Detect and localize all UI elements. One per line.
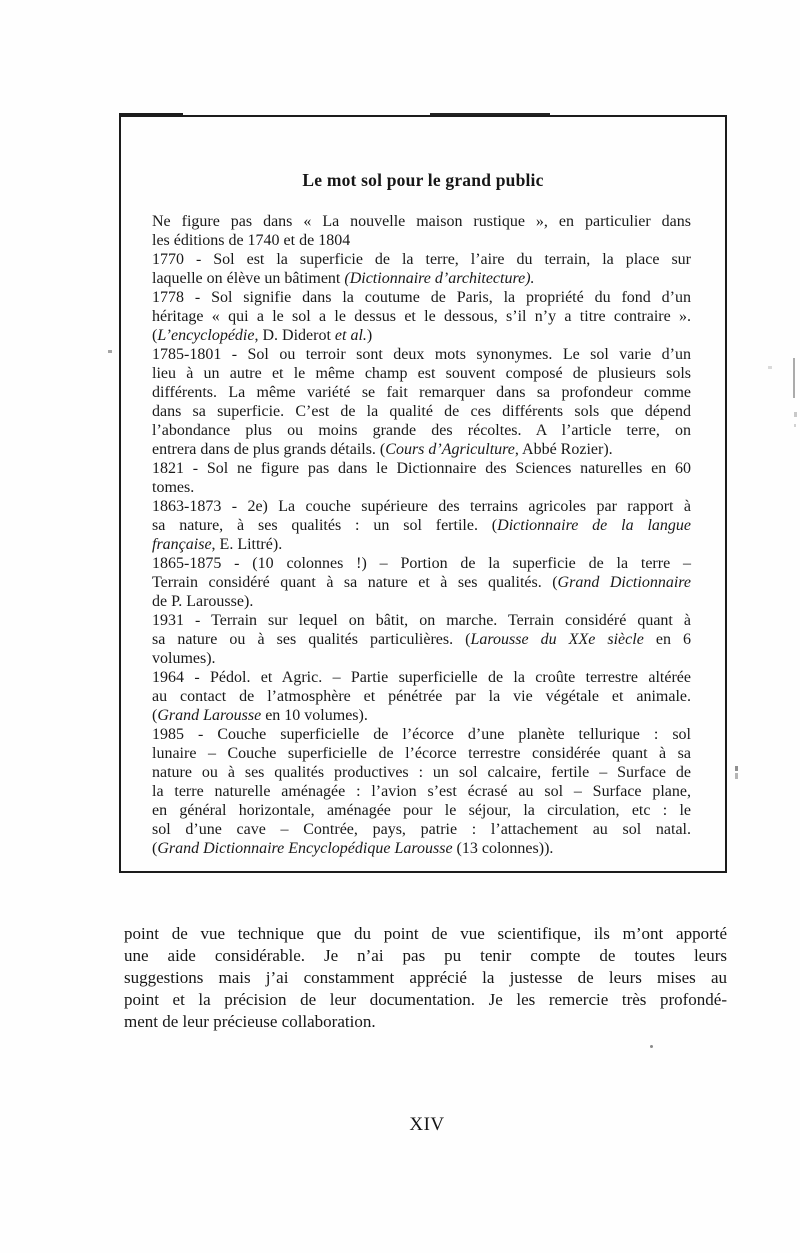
text-line: différents. La même variété se fait rema… [152,383,691,402]
text-segment: Terrain considéré quant à sa nature et à… [152,574,558,591]
text-line: 1821 - Sol ne figure pas dans le Diction… [152,459,691,478]
text-line: 1770 - Sol est la superficie de la terre… [152,250,691,269]
scan-artifact-speck [794,424,796,427]
definition-entry: 1865-1875 - (10 colonnes !) – Portion de… [152,554,691,611]
text-segment: 1865-1875 - (10 colonnes !) – Portion de… [152,555,691,572]
text-line: volumes). [152,649,691,668]
text-line: la terre naturelle aménagée : l’avion s’… [152,782,691,801]
text-segment: 1821 - Sol ne figure pas dans le Diction… [152,460,691,477]
acknowledgement-line: ment de leur précieuse collaboration. [124,1011,727,1033]
text-segment: sa nature, à ses qualités : un sol ferti… [152,517,497,534]
text-line: (Grand Larousse en 10 volumes). [152,706,691,725]
citation-italic: Cours d’Agriculture [385,441,515,458]
text-segment: 1778 - Sol signifie dans la coutume de P… [152,289,691,306]
text-segment: 1931 - Terrain sur lequel on bâtit, on m… [152,612,691,629]
text-segment: (13 colonnes)). [453,840,554,857]
text-line: en général horizontale, aménagée pour le… [152,801,691,820]
text-line: 1964 - Pédol. et Agric. – Partie superfi… [152,668,691,687]
text-line: sa nature, à ses qualités : un sol ferti… [152,516,691,535]
text-segment: lunaire – Couche superficielle de l’écor… [152,745,691,762]
text-segment: , E. Littré). [212,536,283,553]
text-line: sa nature ou à ses qualités particulière… [152,630,691,649]
text-line: (Grand Dictionnaire Encyclopédique Larou… [152,839,691,858]
scan-artifact-speck [735,773,738,779]
scan-artifact-pencil-line [793,358,795,398]
scanned-page: Le mot sol pour le grand public Ne figur… [0,0,800,1253]
text-segment: en général horizontale, aménagée pour le… [152,802,691,819]
text-line: tomes. [152,478,691,497]
text-line: sol d’une cave – Contrée, pays, patrie :… [152,820,691,839]
text-line: 1865-1875 - (10 colonnes !) – Portion de… [152,554,691,573]
definition-entries: Ne figure pas dans « La nouvelle maison … [152,212,691,858]
acknowledgement-paragraph: point de vue technique que du point de v… [124,923,727,1033]
citation-italic: et al. [335,327,367,344]
definition-entry: 1778 - Sol signifie dans la coutume de P… [152,288,691,345]
text-segment: différents. La même variété se fait rema… [152,384,691,401]
text-segment: lieu à un autre et le même champ est sou… [152,365,691,382]
citation-italic: Grand Larousse [157,707,261,724]
text-segment: au contact de l’atmosphère et pénétrée p… [152,688,691,705]
text-segment: 1985 - Couche superficielle de l’écorce … [152,726,691,743]
text-segment: dans sa superficie. C’est de la qualité … [152,403,691,420]
text-line: Terrain considéré quant à sa nature et à… [152,573,691,592]
text-segment: , Abbé Rozier). [515,441,613,458]
text-line: lunaire – Couche superficielle de l’écor… [152,744,691,763]
text-line: héritage « qui a le sol a le dessus et l… [152,307,691,326]
scan-artifact-speck [735,766,738,771]
citation-italic: française [152,536,212,553]
citation-italic: Dictionnaire de la langue [497,517,691,534]
scan-artifact-dot [650,1045,653,1048]
text-line: laquelle on élève un bâtiment (Dictionna… [152,269,691,288]
text-line: 1785-1801 - Sol ou terroir sont deux mot… [152,345,691,364]
text-segment: la terre naturelle aménagée : l’avion s’… [152,783,691,800]
acknowledgement-line: une aide considérable. Je n’ai pas pu te… [124,945,727,967]
text-segment: de P. Larousse). [152,593,253,610]
page-number: XIV [124,1114,730,1136]
definition-entry: 1770 - Sol est la superficie de la terre… [152,250,691,288]
acknowledgement-line: point de vue technique que du point de v… [124,923,727,945]
text-line: 1985 - Couche superficielle de l’écorce … [152,725,691,744]
text-segment: entrera dans de plus grands détails. ( [152,441,385,458]
text-line: Ne figure pas dans « La nouvelle maison … [152,212,691,231]
text-segment: ) [367,327,372,344]
citation-italic: Grand Dictionnaire Encyclopédique Larous… [157,840,452,857]
text-segment: nature ou à ses qualités productives : u… [152,764,691,781]
definition-entry: 1964 - Pédol. et Agric. – Partie superfi… [152,668,691,725]
acknowledgement-line: point et la précision de leur documentat… [124,989,727,1011]
text-line: au contact de l’atmosphère et pénétrée p… [152,687,691,706]
text-line: de P. Larousse). [152,592,691,611]
text-line: (L’encyclopédie, D. Diderot et al.) [152,326,691,345]
text-segment: volumes). [152,650,216,667]
text-segment: 1770 - Sol est la superficie de la terre… [152,251,691,268]
text-segment: héritage « qui a le sol a le dessus et l… [152,308,691,325]
text-line: l’abondance plus ou moins grande des réc… [152,421,691,440]
text-segment: tomes. [152,479,194,496]
scan-artifact-speck [768,366,772,369]
text-segment: sa nature ou à ses qualités particulière… [152,631,470,648]
definition-entry: 1863-1873 - 2e) La couche supérieure des… [152,497,691,554]
text-segment: 1785-1801 - Sol ou terroir sont deux mot… [152,346,691,363]
text-line: dans sa superficie. C’est de la qualité … [152,402,691,421]
definition-entry: Ne figure pas dans « La nouvelle maison … [152,212,691,250]
definition-entry: 1821 - Sol ne figure pas dans le Diction… [152,459,691,497]
citation-italic: Larousse du XXe siècle [470,631,643,648]
text-line: 1863-1873 - 2e) La couche supérieure des… [152,497,691,516]
acknowledgement-line: suggestions mais j’ai constamment appréc… [124,967,727,989]
text-line: française, E. Littré). [152,535,691,554]
text-line: 1931 - Terrain sur lequel on bâtit, on m… [152,611,691,630]
scan-artifact-speck [794,412,797,417]
text-line: lieu à un autre et le même champ est sou… [152,364,691,383]
citation-italic: L’encyclopédie [157,327,254,344]
definition-box: Le mot sol pour le grand public Ne figur… [119,115,727,873]
definition-entry: 1931 - Terrain sur lequel on bâtit, on m… [152,611,691,668]
box-title: Le mot sol pour le grand public [121,170,725,191]
citation-italic: Grand Dictionnaire [558,574,691,591]
text-segment: , D. Diderot [254,327,334,344]
text-segment: en 6 [644,631,691,648]
text-segment: sol d’une cave – Contrée, pays, patrie :… [152,821,691,838]
text-segment: l’abondance plus ou moins grande des réc… [152,422,691,439]
text-segment: Ne figure pas dans « La nouvelle maison … [152,213,691,230]
citation-italic: (Dictionnaire d’architecture). [344,270,534,287]
text-line: entrera dans de plus grands détails. (Co… [152,440,691,459]
text-segment: 1964 - Pédol. et Agric. – Partie superfi… [152,669,691,686]
definition-entry: 1985 - Couche superficielle de l’écorce … [152,725,691,858]
text-line: 1778 - Sol signifie dans la coutume de P… [152,288,691,307]
scan-artifact-speck [108,350,112,353]
text-segment: en 10 volumes). [261,707,368,724]
text-segment: laquelle on élève un bâtiment [152,270,344,287]
definition-entry: 1785-1801 - Sol ou terroir sont deux mot… [152,345,691,459]
text-segment: 1863-1873 - 2e) La couche supérieure des… [152,498,691,515]
text-segment: les éditions de 1740 et de 1804 [152,232,350,249]
text-line: les éditions de 1740 et de 1804 [152,231,691,250]
text-line: nature ou à ses qualités productives : u… [152,763,691,782]
